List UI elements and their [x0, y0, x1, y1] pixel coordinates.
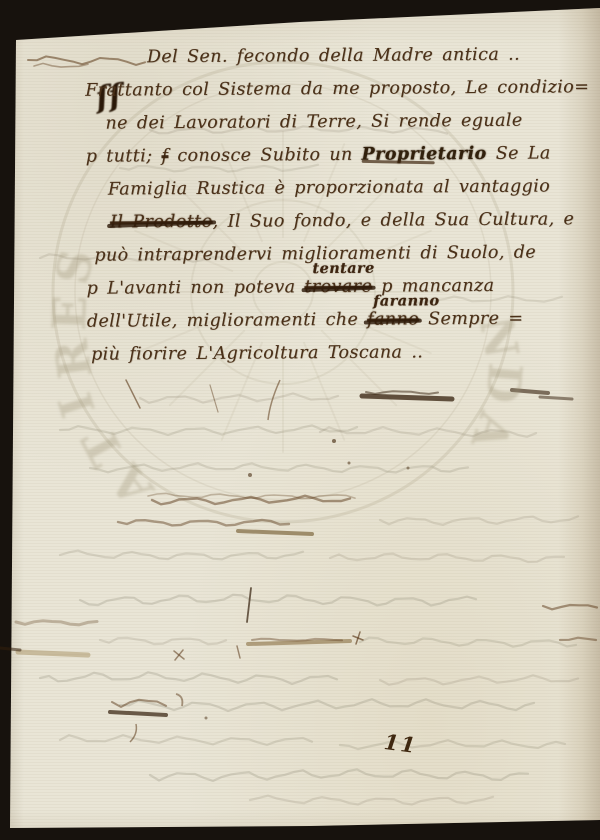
manuscript-line: più fiorire L'Agricoltura Toscana ..: [91, 335, 579, 371]
text-run: p L'avanti non poteva: [87, 277, 305, 299]
manuscript-line: Il Prodotto, Il Suo fondo, e della Sua C…: [110, 203, 578, 239]
text-run: Sempre =: [419, 309, 523, 330]
text-run: Frattanto col Sistema da me proposto, Le…: [85, 77, 589, 101]
inserted-correction: faranno: [373, 293, 439, 308]
text-run: Famiglia Rustica è proporzionata al vant…: [108, 176, 550, 199]
manuscript-line: Frattanto col Sistema da me proposto, Le…: [85, 71, 577, 107]
folio-number: 11: [383, 729, 419, 758]
manuscript-line: p L'avanti non poteva trovaretentare p m…: [86, 269, 578, 305]
text-run: dell'Utile, miglioramenti che: [87, 310, 367, 332]
manuscript-line: dell'Utile, miglioramenti che fannofaran…: [87, 302, 579, 338]
manuscript-text: Del Sen. fecondo della Madre antica ..Fr…: [85, 38, 579, 371]
inserted-correction: tentare: [312, 261, 374, 276]
text-run: , Il Suo fondo, e della Sua Cultura, e: [213, 209, 575, 232]
struck-word: fannofaranno: [367, 309, 419, 329]
manuscript-line: ne dei Lavoratori di Terre, Si rende egu…: [105, 104, 577, 140]
text-run: Se La: [487, 143, 551, 163]
text-run: più fiorire L'Agricoltura Toscana ..: [91, 342, 423, 364]
manuscript-line: Del Sen. fecondo della Madre antica ..: [147, 38, 577, 74]
emphasized-word: Proprietario: [362, 144, 487, 165]
text-run: Del Sen. fecondo della Madre antica ..: [147, 45, 520, 68]
manuscript-line: Famiglia Rustica è proporzionata al vant…: [108, 170, 578, 206]
manuscript-line: p tutti; f conosce Subito un Proprietari…: [86, 137, 578, 173]
struck-word: Il Prodotto: [110, 212, 213, 233]
text-run: ne dei Lavoratori di Terre, Si rende egu…: [105, 111, 522, 134]
struck-word: trovaretentare: [304, 277, 372, 297]
text-run: conosce Subito un: [168, 145, 361, 166]
manuscript-photo: { "page": { "kind": "handwritten manuscr…: [0, 0, 600, 840]
text-run: p tutti;: [86, 146, 162, 167]
